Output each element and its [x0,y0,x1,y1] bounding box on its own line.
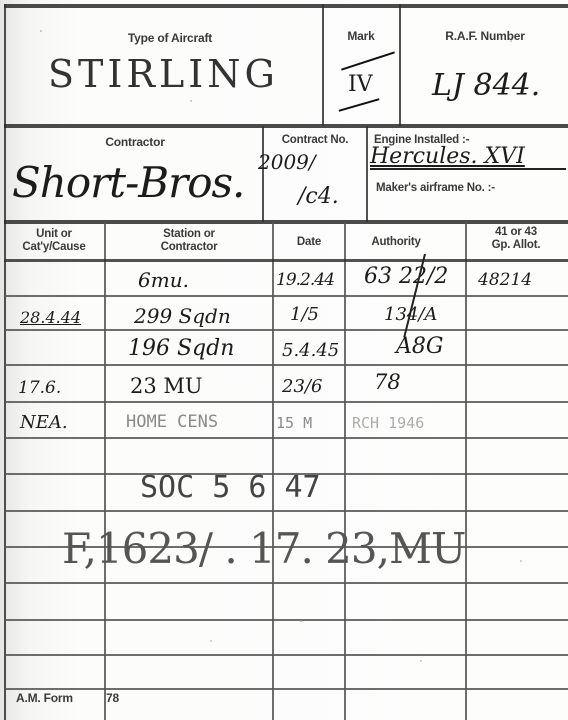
row2-station: 299 Sqdn [134,304,231,328]
engine-line [370,168,566,170]
row4-authority: 78 [374,370,401,394]
col-header-station: Station or Contractor [106,228,272,254]
mark-underline-bottom [339,98,380,111]
row4-station: 23 MU [130,374,203,398]
contract-no-label: Contract No. [264,134,366,147]
contract-no-bottom: /c4. [298,184,339,209]
left-border [4,4,6,720]
contract-no-top: 2009/ [258,150,316,174]
row2-unit: 28.4.44 [20,308,81,327]
engine-installed-value: Hercules. XVI [370,144,525,169]
col-header-date: Date [274,236,344,249]
row5-station: HOME CENS [126,412,218,432]
row-line [4,329,568,331]
type-of-aircraft-value: STIRLING [48,52,279,96]
type-of-aircraft-label: Type of Aircraft [100,32,240,45]
row1-station: 6mu. [138,268,189,292]
form-label: A.M. Form [16,692,106,705]
row5-authority: RCH 1946 [352,414,424,432]
reference-stamp: F,1623/ . 17. 23,MU [62,524,465,573]
row5-date: 15 M [276,414,312,432]
speck [210,640,212,642]
mark-label: Mark [330,30,392,43]
soc-stamp: SOC 5 6 47 [140,470,321,505]
makers-airframe-label: Maker's airframe No. :- [376,182,556,195]
speck [190,100,192,102]
row-line [4,654,568,656]
row-line [4,688,568,690]
contractor-value: Short-Bros. [12,158,244,207]
divider-mark [322,4,324,126]
row-line [4,582,568,584]
row-line [4,619,568,621]
row-line [4,437,568,439]
col-header-allot: 41 or 43 Gp. Allot. [466,226,566,252]
row2-date: 1/5 [290,304,319,325]
contractor-divider [4,220,568,224]
mark-underline-top [341,51,395,70]
form-number: 78 [106,692,136,705]
header-divider [4,124,568,128]
top-border [4,4,568,8]
row3-station: 196 Sqdn [128,336,234,361]
divider-raf [399,4,401,126]
row-line [4,295,568,297]
header-row-line [4,259,568,262]
row-line [4,401,568,403]
col-header-authority: Authority [346,236,446,249]
contractor-label: Contractor [80,136,190,149]
row-line [4,364,568,366]
speck [520,560,522,562]
row1-authority: 63 22/2 [364,264,448,289]
raf-number-label: R.A.F. Number [420,30,550,43]
row-line [4,510,568,512]
speck [300,620,302,622]
divider-engine [366,126,368,222]
speck [40,30,42,32]
row2-authority: 134/A [384,304,437,325]
col-header-unit: Unit or Cat'y/Cause [6,228,102,254]
speck [510,40,512,42]
aircraft-record-card: Type of Aircraft STIRLING Mark IV R.A.F.… [0,0,568,720]
row3-authority: A8G [396,334,443,359]
row1-date: 19.2.44 [276,270,334,290]
row3-date: 5.4.45 [282,340,339,361]
row4-unit: 17.6. [18,378,61,398]
raf-number-value: LJ 844. [432,68,540,103]
speck [420,660,422,662]
row5-unit: NEA. [20,412,68,433]
mark-value: IV [348,72,373,97]
row1-allot: 48214 [478,270,532,290]
row4-date: 23/6 [282,376,322,397]
